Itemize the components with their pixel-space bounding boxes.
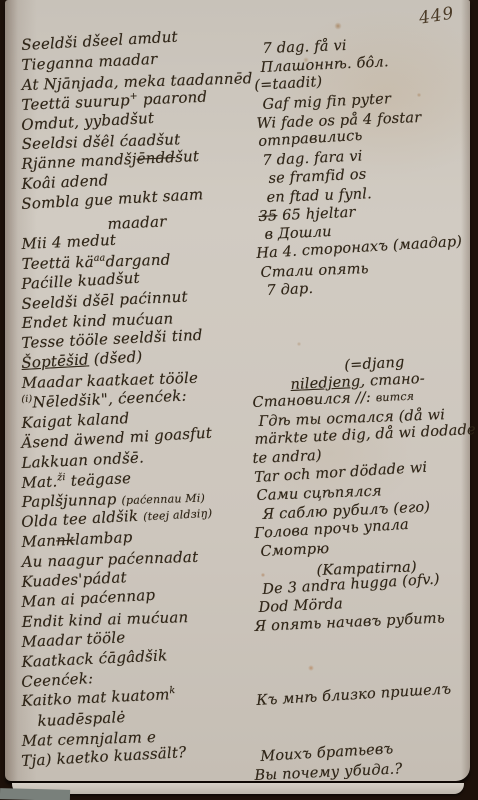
text-segment: se framfid os (268, 167, 367, 187)
text-segment: (teej aldзiŋ) (143, 507, 213, 524)
text-segment: вится (376, 390, 415, 405)
text-segment: Maadar tööle (21, 628, 126, 651)
text-segment: 7 дар. (266, 281, 313, 299)
text-segment: 65 hjeltar (277, 204, 356, 224)
text-segment: , стано- (360, 370, 425, 389)
text-segment: (=taadit) (254, 74, 323, 94)
text-segment: šut (175, 147, 200, 166)
text-segment: en ftad и fynl. (266, 186, 372, 206)
text-segment: Man (21, 532, 56, 552)
text-segment: Teettä kä (21, 253, 94, 273)
text-segment: teägase (65, 469, 131, 490)
text-segment: lambap (75, 528, 133, 549)
text-segment: 7 dag. fara vi (262, 148, 363, 169)
text-segment: (dšed) (88, 348, 143, 369)
text-segment: Сами сцѣпялся (256, 484, 382, 505)
text-segment: Становился //: (252, 390, 376, 412)
text-segment: 35 (258, 208, 278, 225)
text-segment: 7 dag. få vi (262, 38, 347, 57)
text-segment: te andra) (252, 448, 322, 467)
text-segment: Mat. (21, 472, 58, 492)
table-surface-sliver (0, 788, 70, 800)
text-segment: nk (56, 531, 76, 550)
left-text-column: Seeldši dšeel amdutTieganna maadarAt Njā… (22, 36, 260, 772)
text-segment: (=djang (344, 354, 405, 374)
text-segment: ēndd (136, 148, 175, 168)
text-segment: Ceenćek: (21, 669, 94, 691)
manuscript-page: 449 Seeldši dšeel amdutTieganna maadarAt… (5, 0, 470, 781)
right-text-column: 7 dag. få viПлашоннѣ. бо̂л.(=taadit)Gaf … (253, 41, 478, 787)
text-segment: Стали опять (260, 261, 369, 281)
text-segment: в Дошли (264, 224, 332, 243)
text-segment: (i) (21, 394, 33, 405)
text-segment: Šoptēšid (21, 351, 89, 373)
text-segment: Смотрю (260, 541, 329, 560)
text-segment: kuadēspalė (37, 708, 126, 730)
text-segment: Dod Mörda (258, 596, 343, 616)
page-number: 449 (417, 3, 455, 28)
text-segment: k (169, 685, 175, 696)
text-segment: aa (94, 252, 106, 263)
underlying-page-edge (12, 783, 464, 794)
text-segment: Mii 4 medut (21, 231, 116, 253)
text-segment: paarond (138, 87, 208, 108)
